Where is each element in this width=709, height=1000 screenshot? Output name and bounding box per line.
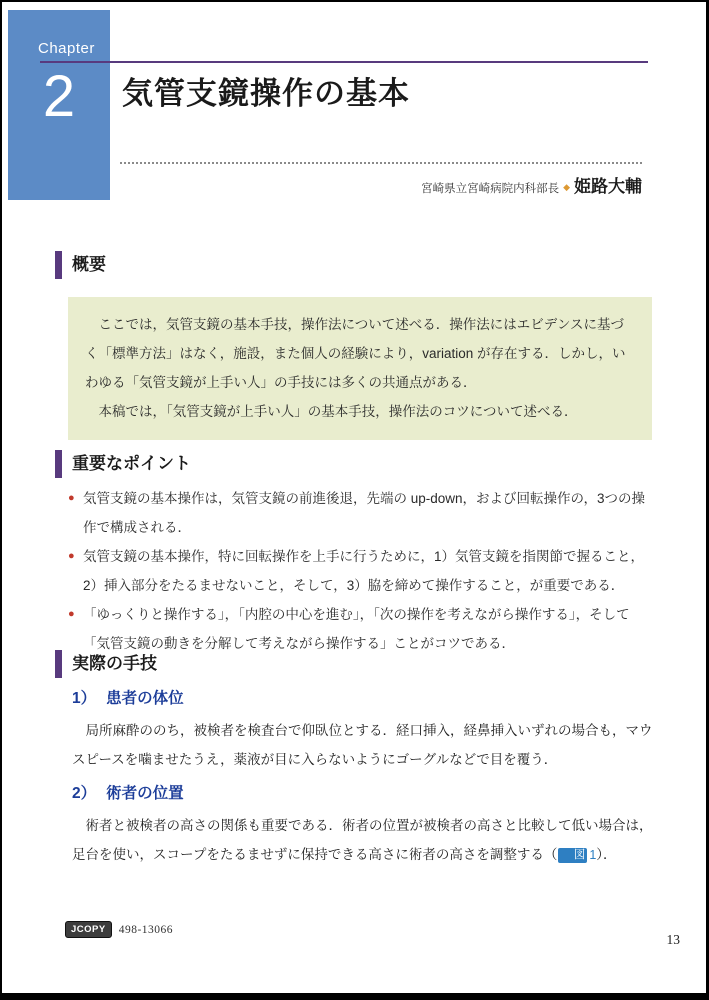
bullet-icon: ● <box>68 484 75 513</box>
chapter-divider-line <box>40 61 648 63</box>
author-divider-dotted-line <box>120 162 642 164</box>
page-number: 13 <box>667 932 681 948</box>
subsection-number: 2） <box>72 785 96 802</box>
key-point-text: 「ゆっくりと操作する」，「内腔の中心を進む」，「次の操作を考えながら操作する」，… <box>83 607 630 651</box>
jcopy-code: 498-13066 <box>119 924 173 936</box>
subsection-title: 2）術者の位置 <box>72 781 654 803</box>
chapter-box: Chapter 2 <box>8 10 110 200</box>
key-point-text: 気管支鏡の基本操作，特に回転操作を上手に行うために，1）気管支鏡を指関節で握るこ… <box>83 549 644 593</box>
key-points-list: ●気管支鏡の基本操作は，気管支鏡の前進後退，先端の up-down，および回転操… <box>68 484 654 658</box>
procedure-heading: 実際の手技 <box>55 650 157 678</box>
figure-reference-badge-icon: 図 <box>558 848 587 863</box>
key-point-text: 気管支鏡の基本操作は，気管支鏡の前進後退，先端の up-down，および回転操作… <box>83 491 645 535</box>
subsection-patient-position: 1）患者の体位 局所麻酔ののち，被検者を検査台で仰臥位とする．経口挿入，経鼻挿入… <box>72 686 654 774</box>
author-marker-icon: ◆ <box>559 182 574 192</box>
subsection-body: 局所麻酔ののち，被検者を検査台で仰臥位とする．経口挿入，経鼻挿入いずれの場合も，… <box>72 716 654 774</box>
overview-heading: 概要 <box>55 251 106 279</box>
bullet-icon: ● <box>68 600 75 629</box>
jcopy-badge: JCOPY <box>65 921 112 938</box>
overview-paragraph: 本稿では，「気管支鏡が上手い人」の基本手技，操作法のコツについて述べる． <box>85 397 635 426</box>
overview-summary-box: ここでは，気管支鏡の基本手技，操作法について述べる．操作法にはエビデンスに基づく… <box>68 297 652 440</box>
subsection-body: 術者と被検者の高さの関係も重要である．術者の位置が被検者の高さと比較して低い場合… <box>72 811 654 870</box>
subsection-number: 1） <box>72 690 96 707</box>
chapter-label: Chapter <box>38 40 95 57</box>
subsection-operator-position: 2）術者の位置 術者と被検者の高さの関係も重要である．術者の位置が被検者の高さと… <box>72 781 654 870</box>
author-affiliation: 宮崎県立宮崎病院内科部長 <box>421 183 559 195</box>
subsection-title-text: 患者の体位 <box>106 690 184 707</box>
key-point-item: ●気管支鏡の基本操作は，気管支鏡の前進後退，先端の up-down，および回転操… <box>68 484 654 542</box>
subsection-title: 1）患者の体位 <box>72 686 654 708</box>
page-title: 気管支鏡操作の基本 <box>122 68 410 113</box>
chapter-number: 2 <box>8 68 110 126</box>
document-page: Chapter 2 気管支鏡操作の基本 宮崎県立宮崎病院内科部長◆姫路大輔 概要… <box>0 0 709 1000</box>
author-name: 姫路大輔 <box>574 177 642 196</box>
bullet-icon: ● <box>68 542 75 571</box>
footer: JCOPY498-13066 <box>65 921 173 939</box>
subsection-title-text: 術者の位置 <box>106 785 184 802</box>
subsection-body-text: ）． <box>596 847 616 862</box>
author-line: 宮崎県立宮崎病院内科部長◆姫路大輔 <box>120 172 642 197</box>
key-point-item: ●気管支鏡の基本操作，特に回転操作を上手に行うために，1）気管支鏡を指関節で握る… <box>68 542 654 600</box>
key-points-heading: 重要なポイント <box>55 450 191 478</box>
overview-paragraph: ここでは，気管支鏡の基本手技，操作法について述べる．操作法にはエビデンスに基づく… <box>85 310 635 397</box>
